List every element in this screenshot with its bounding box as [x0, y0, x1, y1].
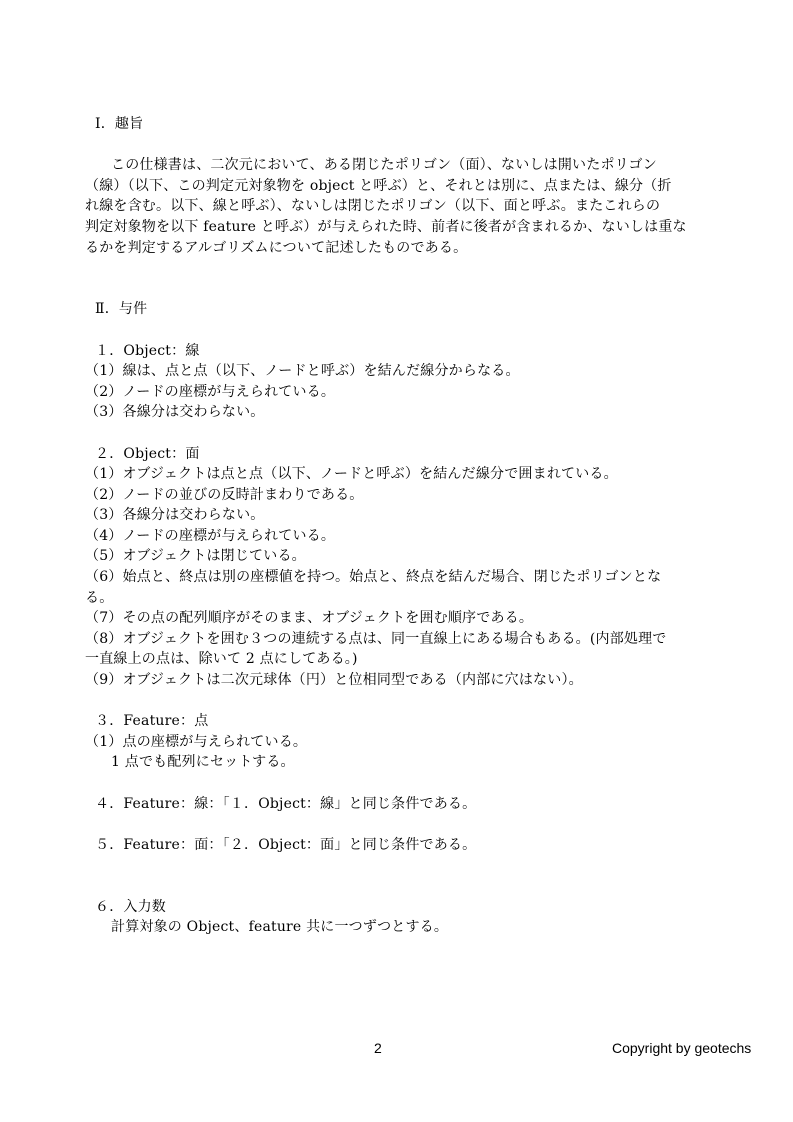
subsection-feature-point: ３．Feature：点 （1）点の座標が与えられている。 1 点でも配列にセット…	[85, 711, 757, 773]
spacer	[85, 423, 757, 444]
list-note: 1 点でも配列にセットする。	[85, 752, 757, 773]
spacer	[85, 855, 757, 876]
list-item: （8）オブジェクトを囲む３つの連続する点は、同一直線上にある場合もある。(内部処…	[85, 629, 757, 650]
section-heading-conditions: Ⅱ．与件	[85, 299, 757, 320]
subsection-title: １．Object：線	[85, 341, 757, 362]
spacer	[85, 258, 757, 279]
paragraph-line: 判定対象物を以下 feature と呼ぶ）が与えられた時、前者に後者が含まれるか…	[85, 217, 757, 238]
spacer	[85, 691, 757, 712]
list-item: （1）点の座標が与えられている。	[85, 732, 757, 753]
section-heading-purpose: Ⅰ．趣旨	[85, 114, 757, 135]
spacer	[85, 773, 757, 794]
spacer	[85, 279, 757, 300]
subsection-title: ３．Feature：点	[85, 711, 757, 732]
subsection-title: ６．入力数	[85, 897, 757, 918]
list-item: （6）始点と、終点は別の座標値を持つ。始点と、終点を結んだ場合、閉じたポリゴンと…	[85, 567, 757, 588]
list-item: （1）線は、点と点（以下、ノードと呼ぶ）を結んだ線分からなる。	[85, 361, 757, 382]
paragraph-line: るかを判定するアルゴリズムについて記述したものである。	[85, 238, 757, 259]
document-body: Ⅰ．趣旨 この仕様書は、二次元において、ある閉じたポリゴン（面）、ないしは開いた…	[85, 114, 757, 938]
document-page: Ⅰ．趣旨 この仕様書は、二次元において、ある閉じたポリゴン（面）、ないしは開いた…	[0, 0, 793, 1122]
list-item: （2）ノードの並びの反時計まわりである。	[85, 485, 757, 506]
subsection-feature-line: ４．Feature：線：「１．Object：線」と同じ条件である。	[85, 794, 757, 815]
subsection-feature-polygon: ５．Feature：面：「２．Object：面」と同じ条件である。	[85, 835, 757, 856]
paragraph-line: この仕様書は、二次元において、ある閉じたポリゴン（面）、ないしは開いたポリゴン	[85, 155, 757, 176]
subsection-object-polygon: ２．Object：面 （1）オブジェクトは点と点（以下、ノードと呼ぶ）を結んだ線…	[85, 444, 757, 691]
purpose-paragraph: この仕様書は、二次元において、ある閉じたポリゴン（面）、ないしは開いたポリゴン …	[85, 155, 757, 258]
list-item: （7）その点の配列順序がそのまま、オブジェクトを囲む順序である。	[85, 608, 757, 629]
spacer	[85, 876, 757, 897]
list-item: （5）オブジェクトは閉じている。	[85, 546, 757, 567]
list-item: （3）各線分は交わらない。	[85, 402, 757, 423]
subsection-title: ２．Object：面	[85, 444, 757, 465]
spacer	[85, 320, 757, 341]
list-item: （2）ノードの座標が与えられている。	[85, 382, 757, 403]
list-item: （4）ノードの座標が与えられている。	[85, 526, 757, 547]
spacer	[85, 814, 757, 835]
list-item: （3）各線分は交わらない。	[85, 505, 757, 526]
copyright-notice: Copyright by geotechs	[612, 1040, 751, 1056]
list-item-continuation: る。	[85, 588, 757, 609]
subsection-input-count: ６．入力数 計算対象の Object、feature 共に一つずつとする。	[85, 897, 757, 938]
page-number: 2	[374, 1040, 382, 1056]
list-item: （9）オブジェクトは二次元球体（円）と位相同型である（内部に穴はない）。	[85, 670, 757, 691]
subsection-text: 計算対象の Object、feature 共に一つずつとする。	[85, 917, 757, 938]
list-item: （1）オブジェクトは点と点（以下、ノードと呼ぶ）を結んだ線分で囲まれている。	[85, 464, 757, 485]
spacer	[85, 135, 757, 156]
paragraph-line: れ線を含む。以下、線と呼ぶ）、ないしは閉じたポリゴン（以下、面と呼ぶ。またこれら…	[85, 196, 757, 217]
subsection-object-line: １．Object：線 （1）線は、点と点（以下、ノードと呼ぶ）を結んだ線分からな…	[85, 341, 757, 423]
paragraph-line: （線）（以下、この判定元対象物を object と呼ぶ）と、それとは別に、点また…	[85, 176, 757, 197]
list-item-continuation: 一直線上の点は、除いて 2 点にしてある。)	[85, 649, 757, 670]
